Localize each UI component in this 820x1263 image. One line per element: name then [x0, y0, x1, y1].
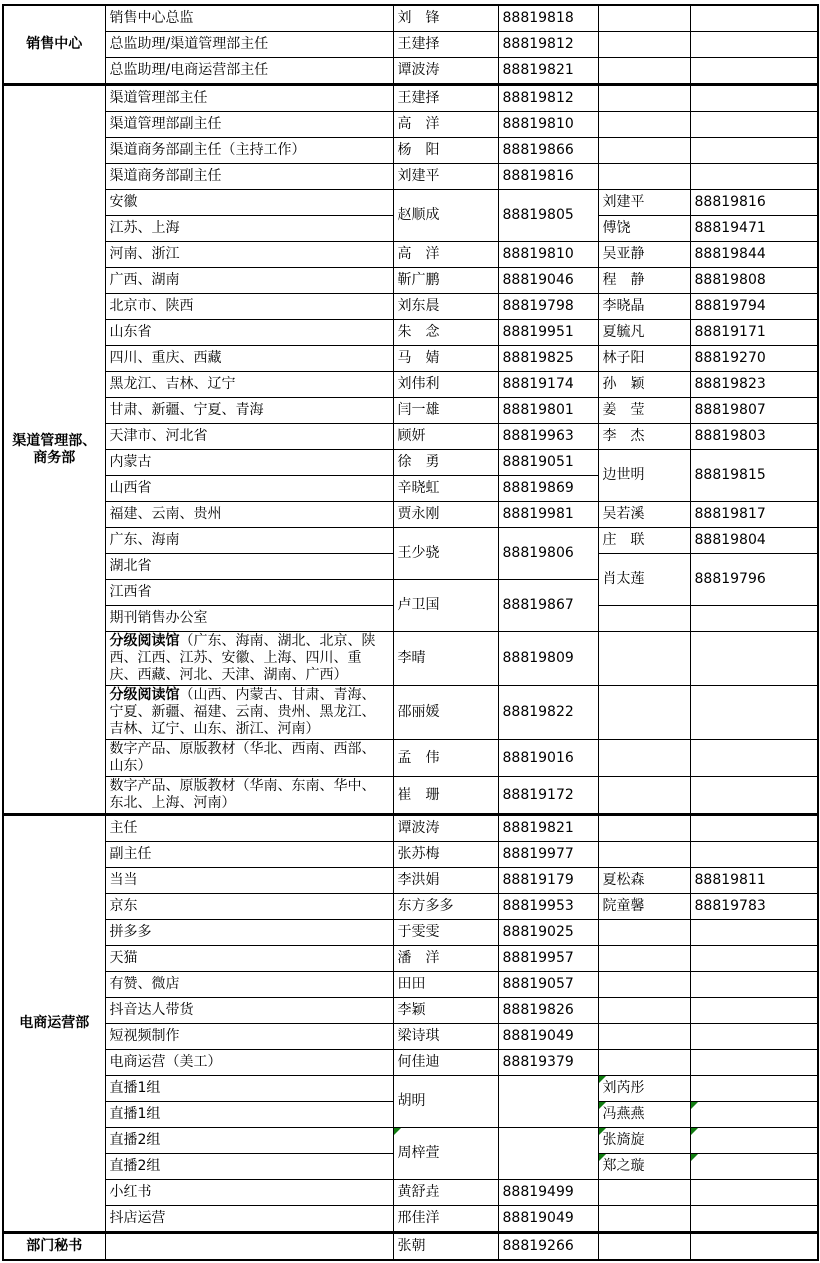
- name-cell: 李晴: [393, 632, 498, 686]
- name-cell-2: [598, 58, 690, 85]
- role-cell: 渠道管理部主任: [105, 85, 393, 112]
- table-row: 广西、湖南靳广鹏88819046程 静88819808: [3, 268, 818, 294]
- name-cell-2: [598, 946, 690, 972]
- phone-cell-2: [690, 920, 818, 946]
- phone-cell: 88819822: [498, 686, 598, 740]
- table-row: 内蒙古徐 勇88819051边世明88819815: [3, 450, 818, 476]
- phone-cell: 88819049: [498, 1024, 598, 1050]
- phone-cell-2: [690, 1233, 818, 1261]
- role-cell: 福建、云南、贵州: [105, 502, 393, 528]
- name-cell-2: 林子阳: [598, 346, 690, 372]
- name-cell: 王少骁: [393, 528, 498, 580]
- name-cell-2: 夏松森: [598, 868, 690, 894]
- table-row: 部门秘书张朝88819266: [3, 1233, 818, 1261]
- name-cell: 潘 洋: [393, 946, 498, 972]
- name-cell: 杨 阳: [393, 138, 498, 164]
- phone-cell-2: [690, 1102, 818, 1128]
- phone-cell-2: 88819811: [690, 868, 818, 894]
- table-row: 销售中心销售中心总监刘 锋88819818: [3, 5, 818, 32]
- cell-indicator-triangle-icon: [691, 1102, 698, 1109]
- role-cell: 内蒙古: [105, 450, 393, 476]
- name-cell: 黄舒垚: [393, 1180, 498, 1206]
- name-cell-2: [598, 112, 690, 138]
- name-cell-2: [598, 164, 690, 190]
- name-cell-2: 姜 莹: [598, 398, 690, 424]
- table-row: 电商运营（美工）何佳迪88819379: [3, 1050, 818, 1076]
- name-cell-2: [598, 1024, 690, 1050]
- table-row: 河南、浙江高 洋88819810吴亚静88819844: [3, 242, 818, 268]
- phone-cell-2: [690, 1154, 818, 1180]
- name-cell-2: [598, 32, 690, 58]
- name-cell-2: [598, 777, 690, 815]
- name-cell-2: [598, 5, 690, 32]
- name-cell: 马 婧: [393, 346, 498, 372]
- role-cell: 当当: [105, 868, 393, 894]
- cell-indicator-triangle-icon: [599, 1128, 606, 1135]
- phone-cell: 88819051: [498, 450, 598, 476]
- table-row: 黑龙江、吉林、辽宁刘伟利88819174孙 颖88819823: [3, 372, 818, 398]
- phone-cell-2: [690, 5, 818, 32]
- name-cell: 刘东晨: [393, 294, 498, 320]
- name-cell-2: [598, 740, 690, 777]
- phone-cell: 88819049: [498, 1206, 598, 1233]
- table-row: 山东省朱 念88819951夏毓凡88819171: [3, 320, 818, 346]
- phone-cell: 88819869: [498, 476, 598, 502]
- phone-cell: 88819953: [498, 894, 598, 920]
- role-cell: 直播2组: [105, 1154, 393, 1180]
- table-row: 拼多多于雯雯88819025: [3, 920, 818, 946]
- role-cell: 江苏、上海: [105, 216, 393, 242]
- name-cell: 靳广鹏: [393, 268, 498, 294]
- phone-cell: 88819810: [498, 242, 598, 268]
- table-row: 广东、海南王少骁88819806庄 联88819804: [3, 528, 818, 554]
- role-cell: 山西省: [105, 476, 393, 502]
- phone-cell-2: [690, 632, 818, 686]
- name-cell: 徐 勇: [393, 450, 498, 476]
- table-row: 分级阅读馆（山西、内蒙古、甘肃、青海、宁夏、新疆、福建、云南、贵州、黑龙江、吉林…: [3, 686, 818, 740]
- name-cell-2: 庄 联: [598, 528, 690, 554]
- table-row: 四川、重庆、西藏马 婧88819825林子阳88819270: [3, 346, 818, 372]
- phone-cell-2: 88819783: [690, 894, 818, 920]
- phone-cell-2: [690, 1128, 818, 1154]
- role-cell: 四川、重庆、西藏: [105, 346, 393, 372]
- department-cell: 电商运营部: [3, 815, 105, 1233]
- table-row: 副主任张苏梅88819977: [3, 842, 818, 868]
- phone-cell-2: 88819844: [690, 242, 818, 268]
- department-cell: 部门秘书: [3, 1233, 105, 1261]
- role-cell: 抖音达人带货: [105, 998, 393, 1024]
- phone-cell: 88819821: [498, 58, 598, 85]
- name-cell-2: 刘芮彤: [598, 1076, 690, 1102]
- name-cell-2: [598, 972, 690, 998]
- table-row: 渠道管理部副主任高 洋88819810: [3, 112, 818, 138]
- name-cell: 东方多多: [393, 894, 498, 920]
- table-row: 天津市、河北省顾妍88819963李 杰88819803: [3, 424, 818, 450]
- role-cell: 北京市、陕西: [105, 294, 393, 320]
- role-cell: 京东: [105, 894, 393, 920]
- cell-indicator-triangle-icon: [691, 1154, 698, 1161]
- name-cell: 刘 锋: [393, 5, 498, 32]
- phone-cell-2: [690, 1076, 818, 1102]
- phone-cell-2: 88819816: [690, 190, 818, 216]
- name-cell: 朱 念: [393, 320, 498, 346]
- role-cell: 直播1组: [105, 1076, 393, 1102]
- phone-cell: 88819818: [498, 5, 598, 32]
- table-row: 电商运营部主任谭波涛88819821: [3, 815, 818, 842]
- table-row: 分级阅读馆（广东、海南、湖北、北京、陕西、江西、江苏、安徽、上海、四川、重庆、西…: [3, 632, 818, 686]
- name-cell: 张朝: [393, 1233, 498, 1261]
- name-cell: 辛晓虹: [393, 476, 498, 502]
- table-row: 有赞、微店田田88819057: [3, 972, 818, 998]
- role-cell: 销售中心总监: [105, 5, 393, 32]
- phone-cell: 88819266: [498, 1233, 598, 1261]
- name-cell: 于雯雯: [393, 920, 498, 946]
- name-cell-2: 程 静: [598, 268, 690, 294]
- name-cell: 崔 珊: [393, 777, 498, 815]
- phone-cell-2: [690, 842, 818, 868]
- name-cell-2: [598, 998, 690, 1024]
- phone-cell: 88819809: [498, 632, 598, 686]
- table-row: 京东东方多多88819953院童馨88819783: [3, 894, 818, 920]
- name-cell: 胡明: [393, 1076, 498, 1128]
- name-cell: 李洪娟: [393, 868, 498, 894]
- role-cell: 数字产品、原版教材（华北、西南、西部、山东）: [105, 740, 393, 777]
- phone-cell-2: 88819794: [690, 294, 818, 320]
- name-cell: 高 洋: [393, 112, 498, 138]
- name-cell-2: 李晓晶: [598, 294, 690, 320]
- cell-indicator-triangle-icon: [691, 1128, 698, 1135]
- phone-cell: [498, 1076, 598, 1128]
- name-cell-2: 院童馨: [598, 894, 690, 920]
- cell-indicator-triangle-icon: [394, 1128, 401, 1135]
- name-cell-2: 孙 颖: [598, 372, 690, 398]
- role-cell: 河南、浙江: [105, 242, 393, 268]
- name-cell-2: [598, 632, 690, 686]
- phone-cell-2: 88819471: [690, 216, 818, 242]
- phone-cell: 88819826: [498, 998, 598, 1024]
- phone-cell: [498, 1128, 598, 1180]
- name-cell-2: 边世明: [598, 450, 690, 502]
- phone-cell: 88819816: [498, 164, 598, 190]
- role-cell: [105, 1233, 393, 1261]
- phone-cell-2: [690, 998, 818, 1024]
- role-cell: 广东、海南: [105, 528, 393, 554]
- name-cell: 高 洋: [393, 242, 498, 268]
- name-cell: 邢佳洋: [393, 1206, 498, 1233]
- role-cell: 天猫: [105, 946, 393, 972]
- phone-cell-2: [690, 138, 818, 164]
- table-row: 当当李洪娟88819179夏松森88819811: [3, 868, 818, 894]
- role-cell: 天津市、河北省: [105, 424, 393, 450]
- phone-cell-2: [690, 686, 818, 740]
- name-cell-2: [598, 138, 690, 164]
- role-cell: 黑龙江、吉林、辽宁: [105, 372, 393, 398]
- table-row: 总监助理/电商运营部主任谭波涛88819821: [3, 58, 818, 85]
- name-cell-2: [598, 85, 690, 112]
- name-cell: 赵顺成: [393, 190, 498, 242]
- name-cell: 李颖: [393, 998, 498, 1024]
- phone-cell-2: 88819815: [690, 450, 818, 502]
- name-cell: 周梓萱: [393, 1128, 498, 1180]
- phone-cell-2: [690, 815, 818, 842]
- name-cell: 孟 伟: [393, 740, 498, 777]
- phone-cell: 88819379: [498, 1050, 598, 1076]
- bold-label: 分级阅读馆: [110, 633, 180, 649]
- phone-cell-2: 88819817: [690, 502, 818, 528]
- name-cell-2: 夏毓凡: [598, 320, 690, 346]
- phone-cell-2: [690, 1206, 818, 1233]
- phone-cell: 88819806: [498, 528, 598, 580]
- name-cell: 顾妍: [393, 424, 498, 450]
- phone-cell: 88819499: [498, 1180, 598, 1206]
- department-cell: 渠道管理部、商务部: [3, 85, 105, 815]
- name-cell-2: 刘建平: [598, 190, 690, 216]
- bold-label: 分级阅读馆: [110, 687, 180, 703]
- phone-cell-2: [690, 1024, 818, 1050]
- role-cell: 湖北省: [105, 554, 393, 580]
- role-cell: 渠道管理部副主任: [105, 112, 393, 138]
- phone-cell-2: [690, 740, 818, 777]
- role-cell: 总监助理/电商运营部主任: [105, 58, 393, 85]
- phone-cell-2: 88819796: [690, 554, 818, 606]
- role-cell: 分级阅读馆（广东、海南、湖北、北京、陕西、江西、江苏、安徽、上海、四川、重庆、西…: [105, 632, 393, 686]
- role-cell: 抖店运营: [105, 1206, 393, 1233]
- table-row: 短视频制作梁诗琪88819049: [3, 1024, 818, 1050]
- phone-cell-2: [690, 946, 818, 972]
- phone-cell: 88819805: [498, 190, 598, 242]
- phone-cell-2: 88819270: [690, 346, 818, 372]
- role-cell: 安徽: [105, 190, 393, 216]
- phone-cell: 88819957: [498, 946, 598, 972]
- role-cell: 电商运营（美工）: [105, 1050, 393, 1076]
- name-cell-2: 吴若溪: [598, 502, 690, 528]
- name-cell-2: 傅饶: [598, 216, 690, 242]
- phone-cell: 88819812: [498, 85, 598, 112]
- role-cell: 直播2组: [105, 1128, 393, 1154]
- role-cell: 甘肃、新疆、宁夏、青海: [105, 398, 393, 424]
- role-cell: 渠道商务部副主任（主持工作）: [105, 138, 393, 164]
- name-cell-2: 肖太莲: [598, 554, 690, 606]
- role-cell: 广西、湖南: [105, 268, 393, 294]
- name-cell: 田田: [393, 972, 498, 998]
- phone-cell: 88819016: [498, 740, 598, 777]
- table-row: 数字产品、原版教材（华北、西南、西部、山东）孟 伟88819016: [3, 740, 818, 777]
- phone-cell-2: [690, 85, 818, 112]
- phone-cell-2: [690, 112, 818, 138]
- table-row: 小红书黄舒垚88819499: [3, 1180, 818, 1206]
- cell-indicator-triangle-icon: [599, 1154, 606, 1161]
- phone-cell-2: 88819807: [690, 398, 818, 424]
- name-cell: 刘伟利: [393, 372, 498, 398]
- name-cell-2: [598, 686, 690, 740]
- phone-cell-2: [690, 1050, 818, 1076]
- phone-cell: 88819951: [498, 320, 598, 346]
- table-row: 抖音达人带货李颖88819826: [3, 998, 818, 1024]
- phone-cell-2: [690, 164, 818, 190]
- phone-cell: 88819821: [498, 815, 598, 842]
- name-cell-2: [598, 1233, 690, 1261]
- name-cell: 王建择: [393, 85, 498, 112]
- phone-cell-2: [690, 32, 818, 58]
- phone-cell: 88819981: [498, 502, 598, 528]
- name-cell: 刘建平: [393, 164, 498, 190]
- cell-indicator-triangle-icon: [599, 1102, 606, 1109]
- role-cell: 短视频制作: [105, 1024, 393, 1050]
- role-cell: 渠道商务部副主任: [105, 164, 393, 190]
- phone-cell: 88819798: [498, 294, 598, 320]
- phone-cell-2: [690, 777, 818, 815]
- phone-cell: 88819977: [498, 842, 598, 868]
- phone-cell: 88819866: [498, 138, 598, 164]
- name-cell-2: [598, 815, 690, 842]
- name-cell: 何佳迪: [393, 1050, 498, 1076]
- name-cell-2: 张旖旋: [598, 1128, 690, 1154]
- table-row: 抖店运营邢佳洋88819049: [3, 1206, 818, 1233]
- phone-cell: 88819174: [498, 372, 598, 398]
- phone-cell: 88819179: [498, 868, 598, 894]
- table-row: 渠道商务部副主任（主持工作）杨 阳88819866: [3, 138, 818, 164]
- contact-directory-sheet: 销售中心销售中心总监刘 锋88819818总监助理/渠道管理部主任王建择8881…: [0, 0, 820, 1263]
- department-cell: 销售中心: [3, 5, 105, 85]
- name-cell: 张苏梅: [393, 842, 498, 868]
- phone-cell: 88819801: [498, 398, 598, 424]
- name-cell-2: 吴亚静: [598, 242, 690, 268]
- table-row: 渠道商务部副主任刘建平88819816: [3, 164, 818, 190]
- role-cell: 江西省: [105, 580, 393, 606]
- table-row: 直播2组周梓萱张旖旋: [3, 1128, 818, 1154]
- name-cell: 王建择: [393, 32, 498, 58]
- phone-cell: 88819025: [498, 920, 598, 946]
- phone-cell-2: [690, 1180, 818, 1206]
- table-row: 数字产品、原版教材（华南、东南、华中、东北、上海、河南）崔 珊88819172: [3, 777, 818, 815]
- role-cell: 小红书: [105, 1180, 393, 1206]
- phone-cell: 88819046: [498, 268, 598, 294]
- name-cell-2: [598, 606, 690, 632]
- phone-cell-2: [690, 972, 818, 998]
- phone-cell: 88819825: [498, 346, 598, 372]
- role-cell: 数字产品、原版教材（华南、东南、华中、东北、上海、河南）: [105, 777, 393, 815]
- name-cell-2: [598, 920, 690, 946]
- phone-cell: 88819963: [498, 424, 598, 450]
- table-row: 北京市、陕西刘东晨88819798李晓晶88819794: [3, 294, 818, 320]
- role-cell: 直播1组: [105, 1102, 393, 1128]
- role-cell: 山东省: [105, 320, 393, 346]
- name-cell: 闫一雄: [393, 398, 498, 424]
- table-row: 总监助理/渠道管理部主任王建择88819812: [3, 32, 818, 58]
- phone-cell-2: [690, 606, 818, 632]
- name-cell: 贾永刚: [393, 502, 498, 528]
- role-cell: 主任: [105, 815, 393, 842]
- name-cell-2: 郑之璇: [598, 1154, 690, 1180]
- table-row: 渠道管理部、商务部渠道管理部主任王建择88819812: [3, 85, 818, 112]
- name-cell: 谭波涛: [393, 58, 498, 85]
- phone-cell: 88819172: [498, 777, 598, 815]
- table-row: 天猫潘 洋88819957: [3, 946, 818, 972]
- name-cell-2: [598, 1206, 690, 1233]
- name-cell: 梁诗琪: [393, 1024, 498, 1050]
- name-cell-2: [598, 1050, 690, 1076]
- name-cell: 卢卫国: [393, 580, 498, 632]
- role-cell: 有赞、微店: [105, 972, 393, 998]
- phone-cell-2: 88819823: [690, 372, 818, 398]
- role-cell: 副主任: [105, 842, 393, 868]
- phone-cell: 88819812: [498, 32, 598, 58]
- table-row: 福建、云南、贵州贾永刚88819981吴若溪88819817: [3, 502, 818, 528]
- phone-cell-2: 88819808: [690, 268, 818, 294]
- name-cell-2: [598, 842, 690, 868]
- name-cell-2: 李 杰: [598, 424, 690, 450]
- role-cell: 拼多多: [105, 920, 393, 946]
- role-cell: 总监助理/渠道管理部主任: [105, 32, 393, 58]
- role-cell: 分级阅读馆（山西、内蒙古、甘肃、青海、宁夏、新疆、福建、云南、贵州、黑龙江、吉林…: [105, 686, 393, 740]
- phone-cell: 88819810: [498, 112, 598, 138]
- phone-cell-2: 88819803: [690, 424, 818, 450]
- contact-table: 销售中心销售中心总监刘 锋88819818总监助理/渠道管理部主任王建择8881…: [2, 4, 819, 1261]
- table-row: 甘肃、新疆、宁夏、青海闫一雄88819801姜 莹88819807: [3, 398, 818, 424]
- phone-cell: 88819867: [498, 580, 598, 632]
- phone-cell-2: 88819171: [690, 320, 818, 346]
- name-cell-2: [598, 1180, 690, 1206]
- table-row: 直播1组胡明刘芮彤: [3, 1076, 818, 1102]
- name-cell-2: 冯燕燕: [598, 1102, 690, 1128]
- phone-cell: 88819057: [498, 972, 598, 998]
- role-cell: 期刊销售办公室: [105, 606, 393, 632]
- table-row: 安徽赵顺成88819805刘建平88819816: [3, 190, 818, 216]
- name-cell: 邵丽媛: [393, 686, 498, 740]
- cell-indicator-triangle-icon: [599, 1076, 606, 1083]
- phone-cell-2: [690, 58, 818, 85]
- name-cell: 谭波涛: [393, 815, 498, 842]
- phone-cell-2: 88819804: [690, 528, 818, 554]
